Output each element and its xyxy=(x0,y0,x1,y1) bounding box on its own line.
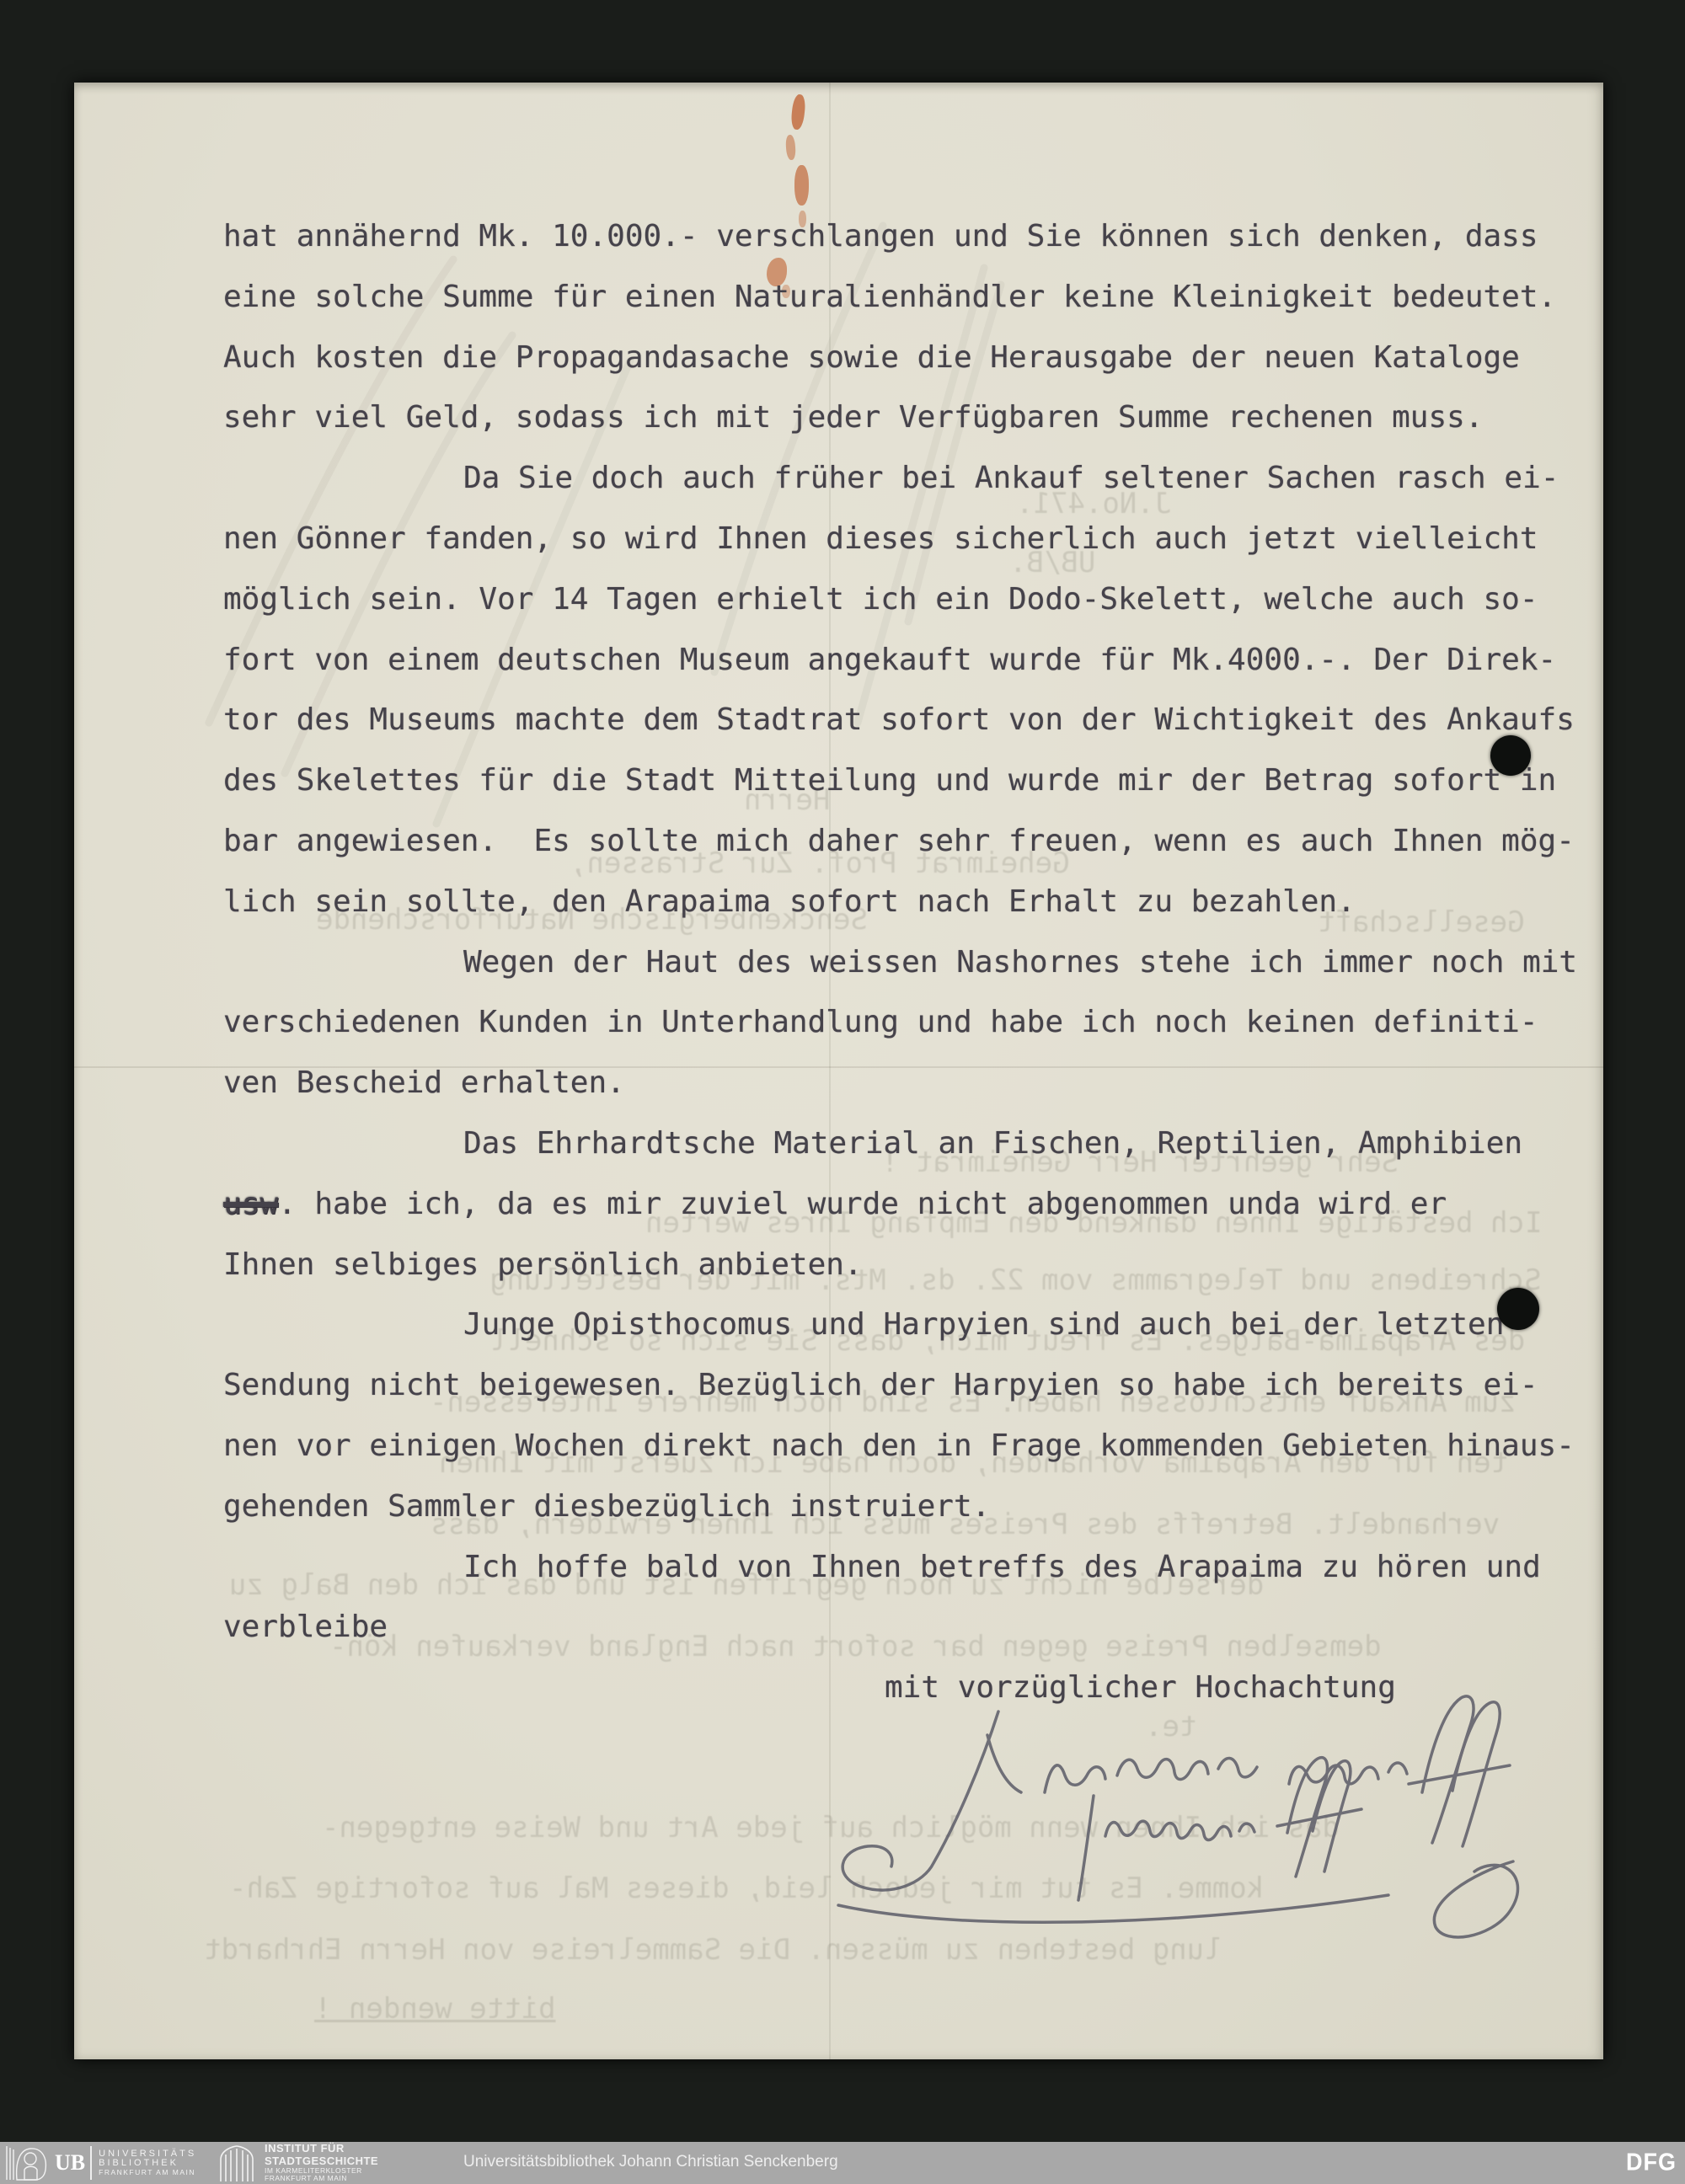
ub-logo: UB UNIVERSITÄTS BIBLIOTHEK FRANKFURT AM … xyxy=(5,2144,196,2181)
ub-abbr: UB xyxy=(51,2146,92,2180)
signature-handwriting xyxy=(0,0,1685,2184)
scanned-letter-view: J.No.471.UB/B.HerrnGeheimrat Prof. Zur S… xyxy=(0,0,1685,2184)
karmeliterkloster-arch-icon xyxy=(217,2144,256,2181)
ub-goethe-emblem xyxy=(5,2144,49,2181)
footer-center-label: Universitätsbibliothek Johann Christian … xyxy=(463,2153,838,2171)
st-line4: FRANKFURT AM MAIN xyxy=(265,2175,378,2182)
ub-line3: FRANKFURT AM MAIN xyxy=(99,2169,196,2176)
stadtgeschichte-logo: INSTITUT FÜR STADTGESCHICHTE IM KARMELIT… xyxy=(217,2144,378,2181)
st-line1: INSTITUT FÜR xyxy=(265,2143,378,2155)
punch-hole-top xyxy=(1490,735,1531,776)
dfg-logo: DFG xyxy=(1626,2149,1677,2176)
ub-wordmark: UNIVERSITÄTS BIBLIOTHEK FRANKFURT AM MAI… xyxy=(99,2149,196,2177)
punch-hole-bottom xyxy=(1497,1288,1539,1330)
st-line2: STADTGESCHICHTE xyxy=(265,2155,378,2167)
footer-bar: UB UNIVERSITÄTS BIBLIOTHEK FRANKFURT AM … xyxy=(0,2142,1685,2184)
stadtgeschichte-wordmark: INSTITUT FÜR STADTGESCHICHTE IM KARMELIT… xyxy=(265,2143,378,2182)
